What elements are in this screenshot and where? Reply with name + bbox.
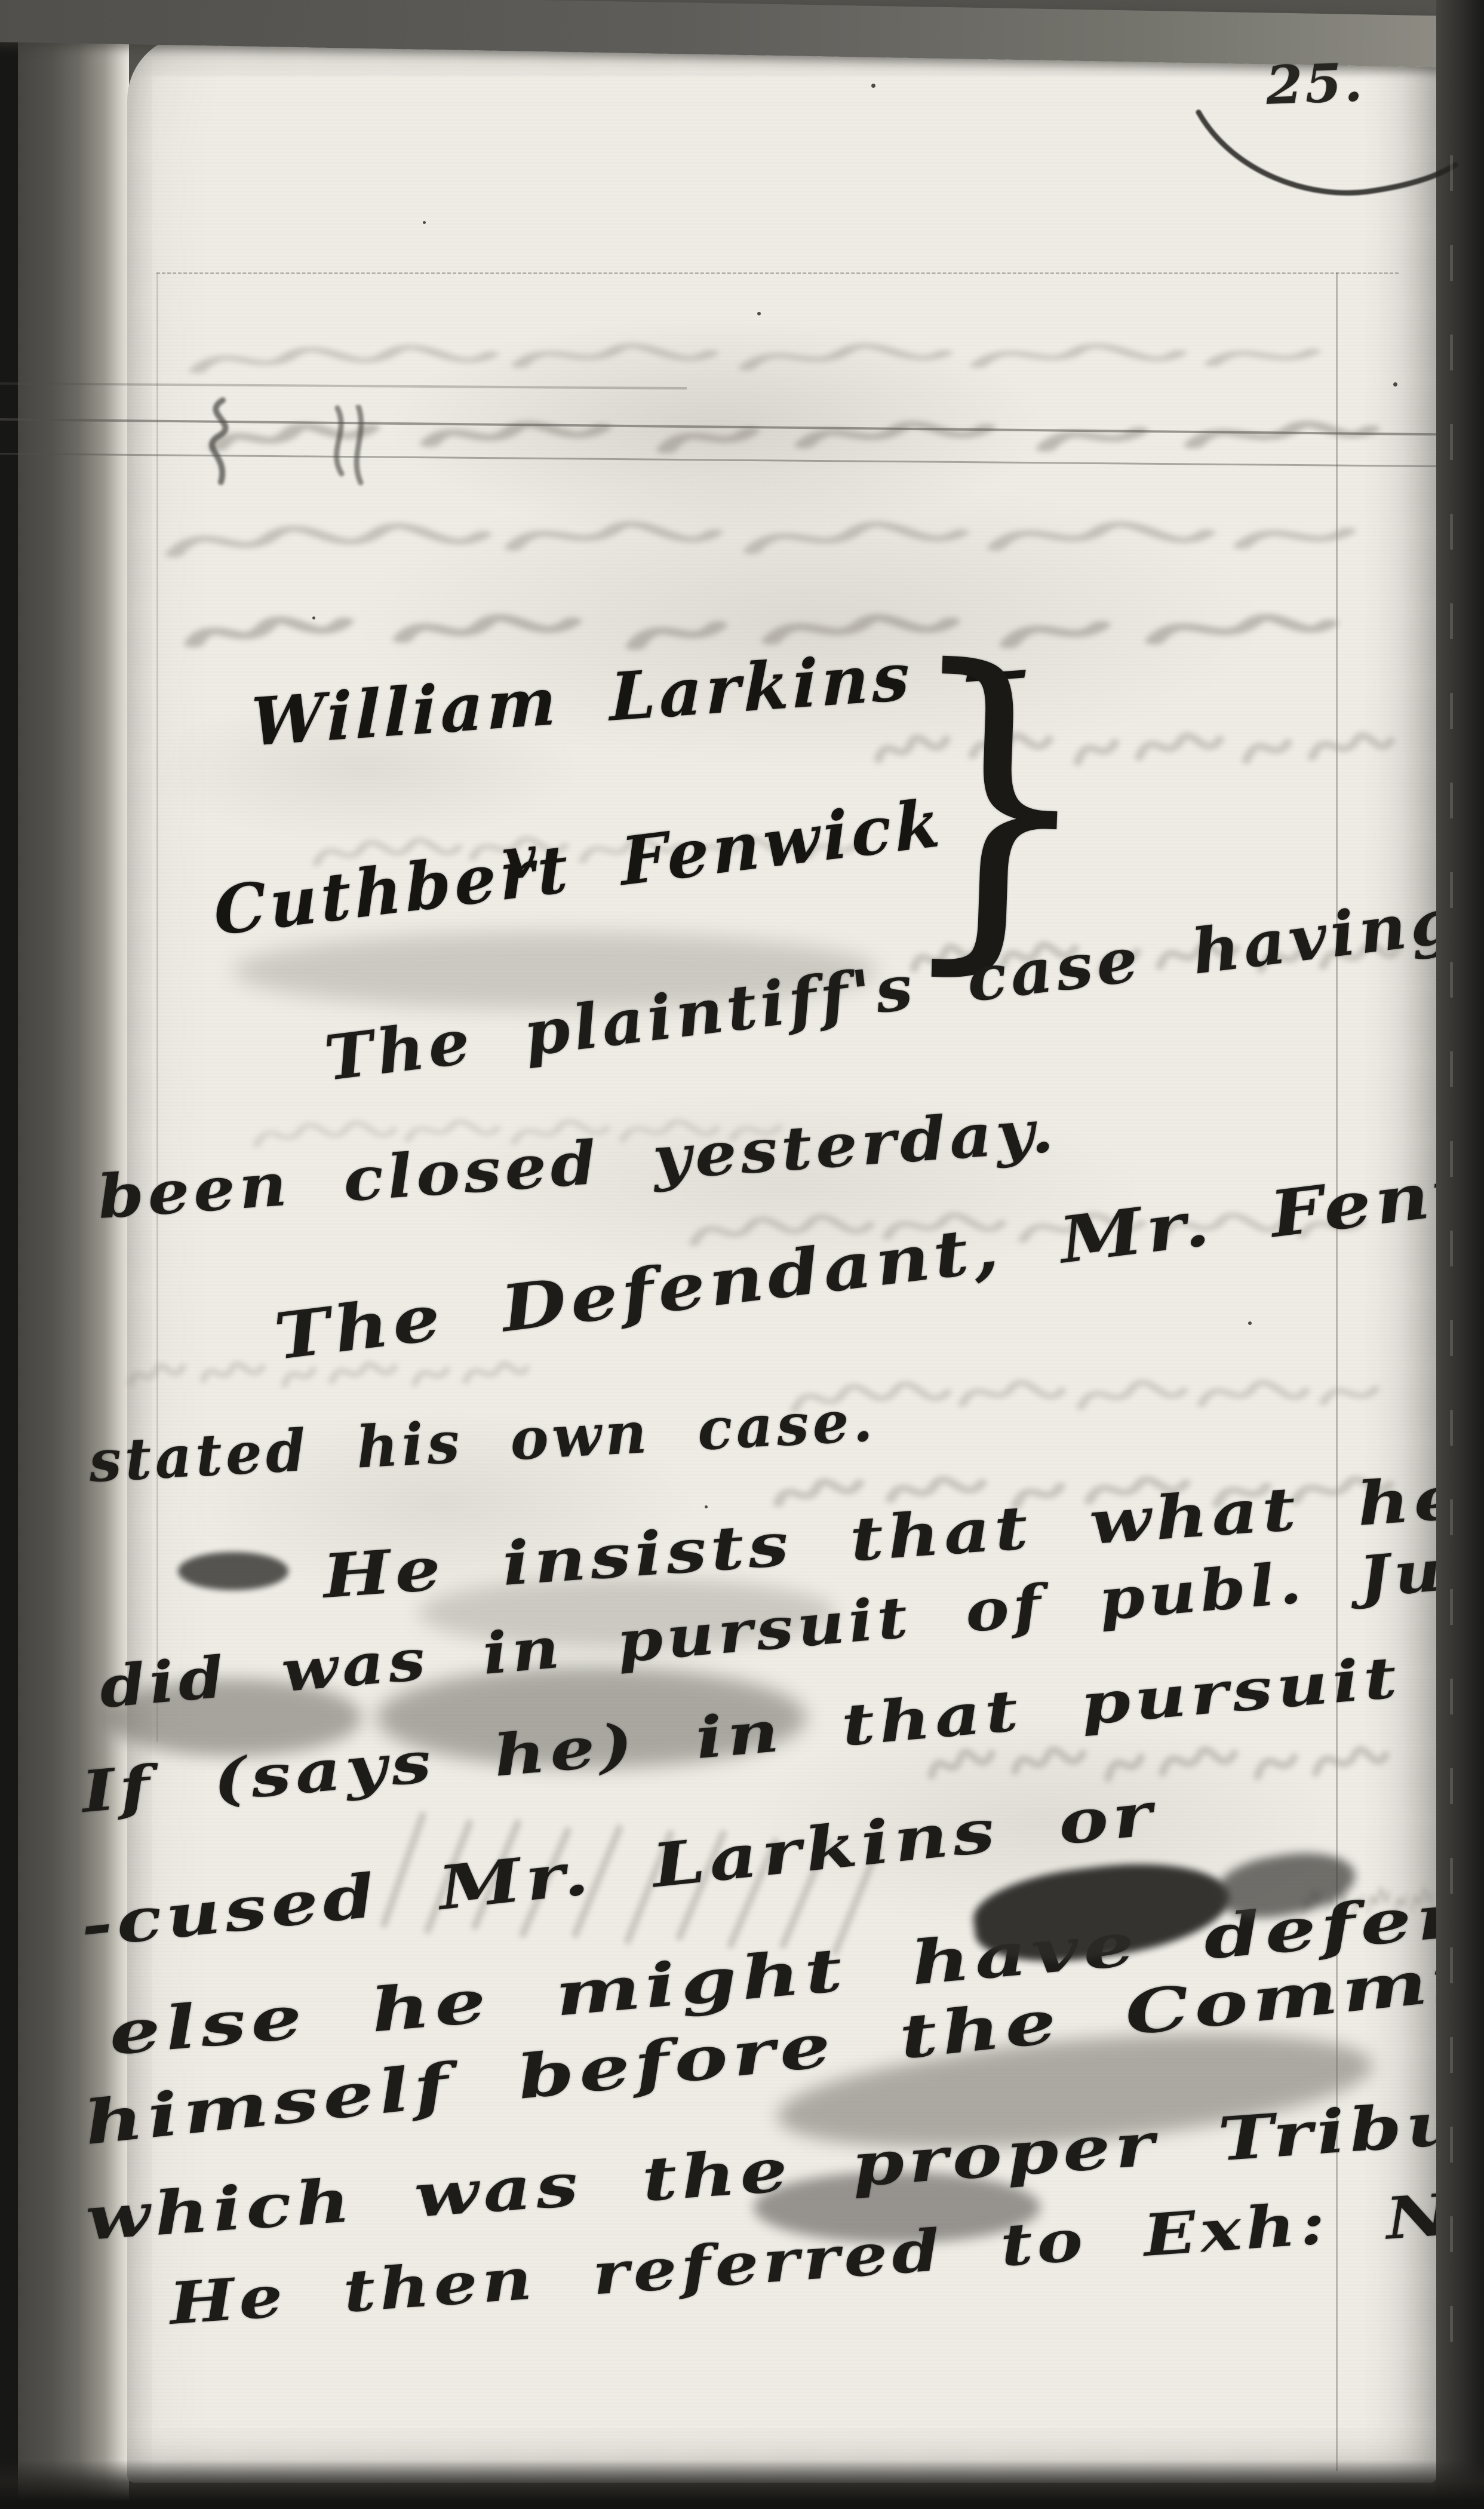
ink-speck: [1393, 382, 1397, 387]
ink-speck: [312, 616, 315, 619]
ink-speck: [757, 312, 761, 315]
photo-edge-left-black: [0, 0, 18, 2509]
ink-smudge: [178, 1552, 288, 1590]
ruled-margin-line-left: [156, 272, 158, 1742]
page-number: 25.: [1265, 51, 1366, 116]
page-number-flourish: [1191, 108, 1460, 203]
ink-speck: [1248, 1321, 1252, 1325]
bleed-through-writing: [185, 323, 1332, 391]
photo-edge-bottom: [0, 2460, 1484, 2509]
photo-edge-right-streak: [1450, 155, 1453, 2366]
bleed-through-writing: [161, 496, 1368, 579]
ink-speck: [423, 221, 426, 224]
scanned-manuscript-page: 25. William Larkins — } v Cuthbert Fenwi…: [0, 0, 1484, 2509]
ink-speck: [871, 84, 875, 88]
photo-edge-right: [1436, 0, 1484, 2509]
bleed-through-writing: [788, 1356, 1385, 1434]
ink-speck: [705, 1505, 708, 1508]
ruled-margin-line-top: [156, 272, 1399, 274]
bleed-through-flourish: [196, 395, 250, 497]
bleed-through-flourish: [322, 405, 388, 501]
